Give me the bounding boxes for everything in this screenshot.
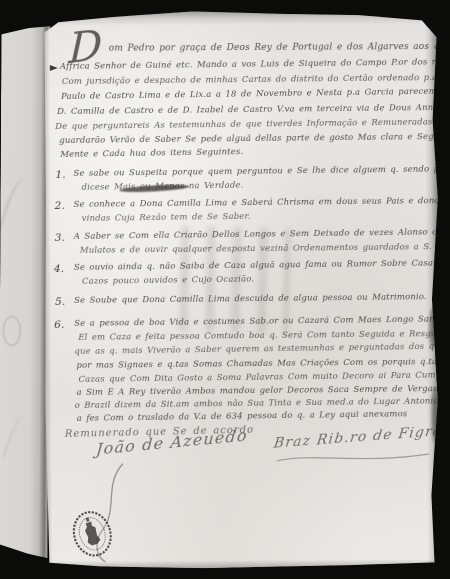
manuscript-line: D. Camilla de Castro e de D. Izabel de C…	[57, 104, 443, 118]
adjacent-page-edge	[0, 26, 50, 558]
manuscript-scan: D om Pedro por graça de Deos Rey de Port…	[0, 0, 450, 579]
item-number: 3.	[55, 232, 65, 244]
item-number: 6.	[54, 319, 64, 331]
oval-ink-stamp	[65, 504, 120, 563]
ghost-writing-mark	[3, 415, 28, 461]
manuscript-line: guardarão Verão de Saber Se pede alguã d…	[59, 133, 450, 147]
manuscript-line: dicese Mais ou Menos na Verdade.	[81, 182, 243, 194]
ghost-stamp-bleedthrough	[3, 316, 21, 346]
manuscript-line: Se Soube que Dona Camilla Lima descuida …	[74, 293, 427, 306]
item-number: 4.	[54, 263, 64, 275]
item-number: 1.	[55, 169, 65, 181]
manuscript-line: vindas Cuja Rezão tem de Se Saber.	[82, 213, 251, 225]
manuscript-line: Affrica Senhor de Guiné etc. Mando a vos…	[60, 58, 450, 73]
signature-flourish	[273, 448, 433, 469]
manuscript-line: Cazas que Com Dita Gosto a Soma Palavras…	[78, 371, 450, 385]
manuscript-page: D om Pedro por graça de Deos Rey de Port…	[43, 8, 441, 570]
manuscript-line: Se sabe ou Suspeita porque quem pergunto…	[73, 165, 450, 180]
manuscript-line: a fes Com o traslado da V.a de 634 pesso…	[77, 410, 408, 424]
page-bottom-shadow	[45, 559, 440, 570]
manuscript-line: Mulatos e de ouvir qualquer desposta vez…	[80, 243, 450, 257]
item-number: 2.	[55, 200, 65, 212]
manuscript-line: Se conhece a Dona Camilla Lima e Saberá …	[74, 197, 450, 211]
margin-arrow-mark	[50, 65, 58, 71]
signature-right: Braz Rib.ro de Figrdo	[273, 423, 450, 451]
manuscript-line: om Pedro por graça de Deos Rey de Portug…	[109, 42, 450, 54]
manuscript-line: Paulo de Castro Lima e de Lix.a a 18 de …	[61, 87, 450, 102]
manuscript-line: por mas Signaes e q.tas Somas Chamadas M…	[76, 358, 450, 372]
manuscript-line: Mente e Cada hua dos itens Seguintes.	[60, 148, 243, 161]
manuscript-line: Com jurisdição e despacho de minhas Cart…	[62, 74, 450, 88]
ghost-writing-mark	[0, 175, 31, 237]
item-number: 5.	[55, 296, 65, 308]
manuscript-line: De que perguntareis As testemunhas de qu…	[55, 118, 450, 133]
manuscript-line: que as q. mais Viverão a Saber querem as…	[74, 343, 437, 358]
